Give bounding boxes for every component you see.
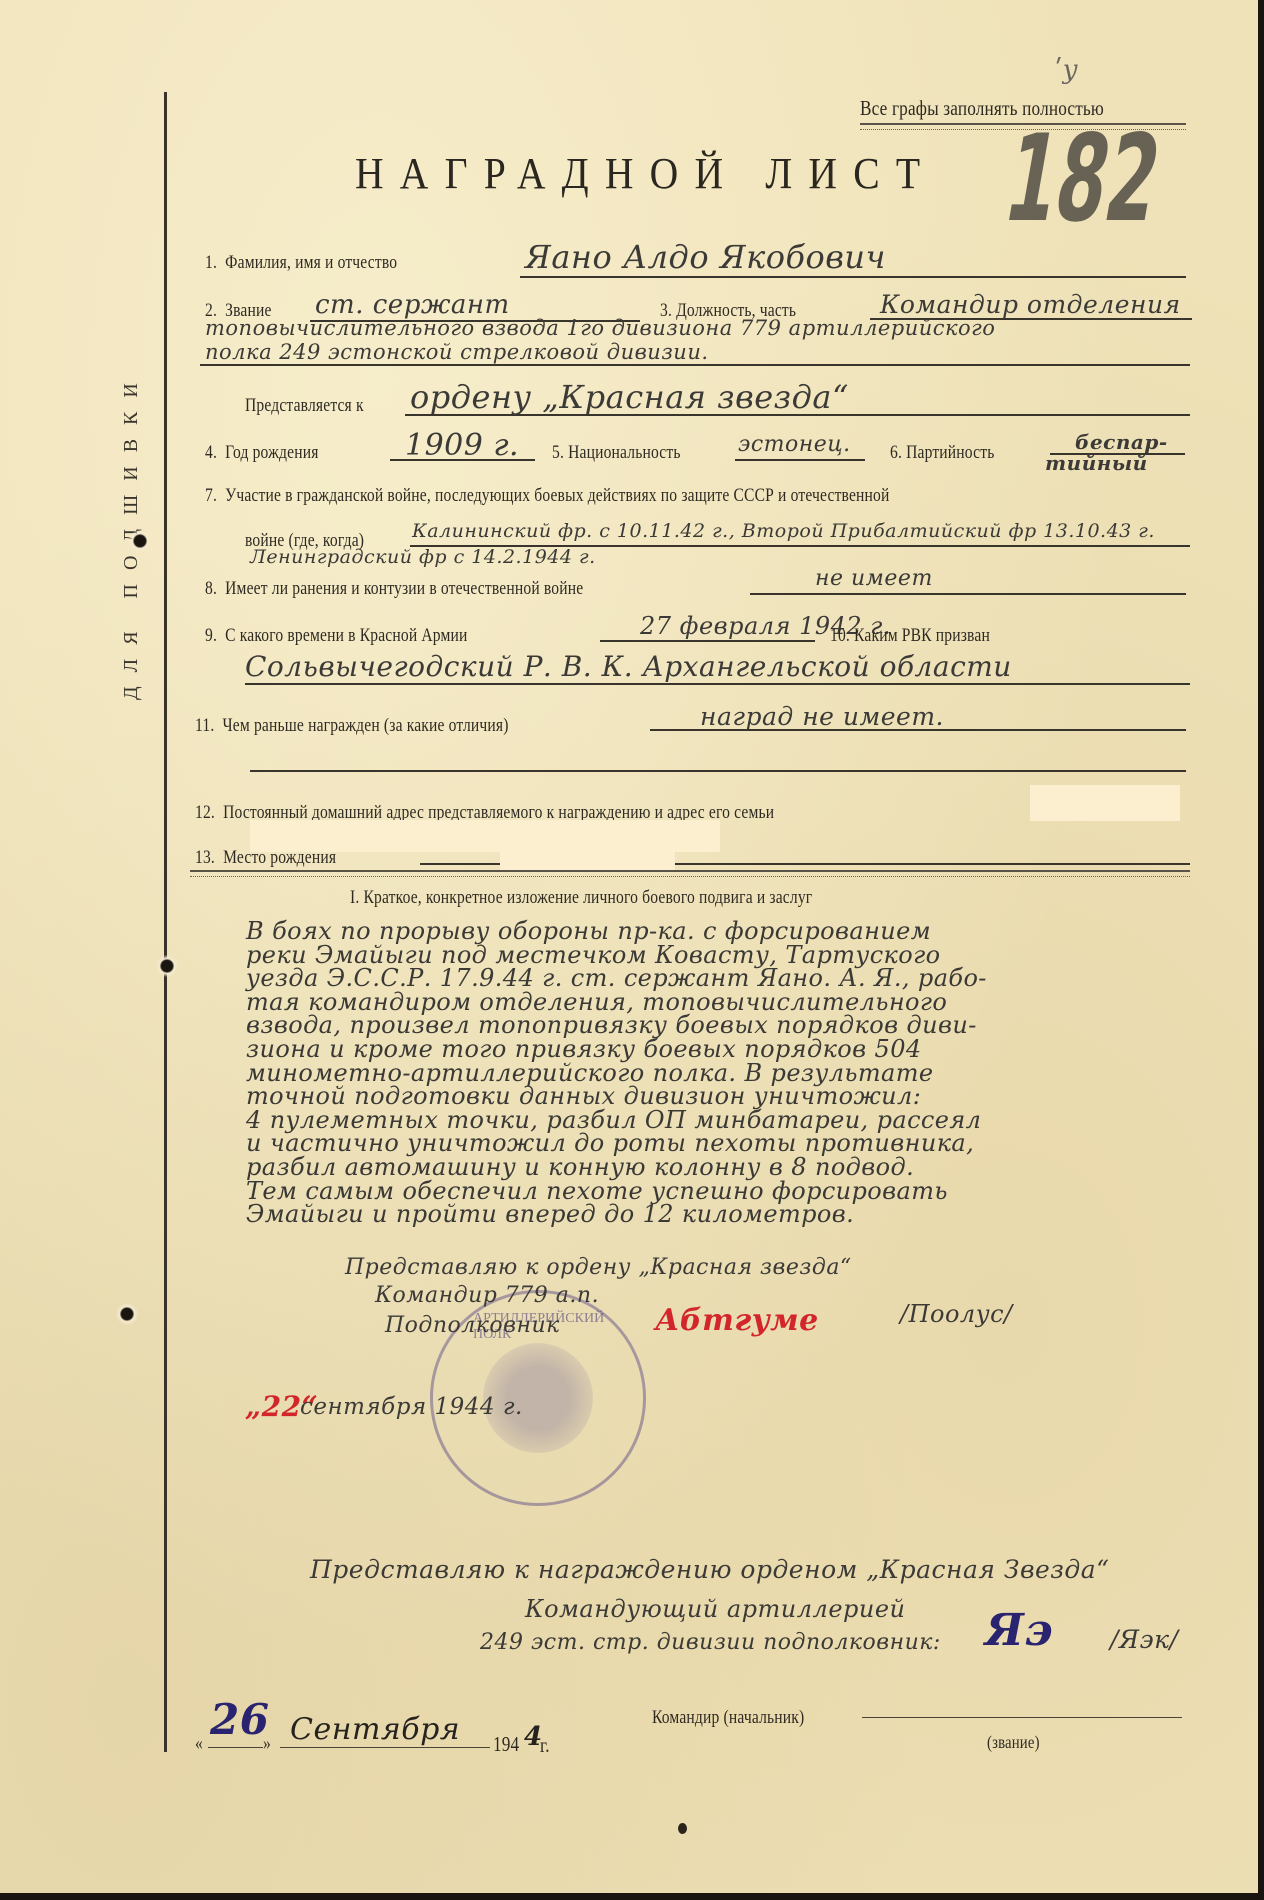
binding-margin-label: ДЛЯ ПОДШИВКИ [120,670,143,700]
field-1-label: 1. Фамилия, имя и отчество [205,252,397,274]
field-11-line [650,729,1186,731]
footer-date-day: 26 [210,1695,269,1744]
nominated-award-value: ордену „Красная звезда“ [410,378,849,416]
rvk-value: Сольвычегодский Р. В. К. Архангельской о… [245,650,1012,683]
field-8-line [750,593,1186,595]
position-value-line1: Командир отделения [880,290,1181,319]
commander-label: Командир (начальник) [652,1707,804,1729]
wounds-value: не имеет [815,566,933,591]
field-11-line-2 [250,770,1186,772]
nationality-value: эстонец. [738,432,851,457]
footer-year-g: г. [540,1733,550,1758]
position-value-line2: топовычислительного взвода 1го дивизиона… [205,316,995,340]
binding-line [164,92,167,1752]
field-4-line [390,459,535,461]
field-9-label: 9. С какого времени в Красной Армии [205,625,468,647]
field-7-label-line1: 7. Участие в гражданской войне, последую… [205,485,890,507]
field-10-line [245,683,1190,685]
field-5-line [735,459,865,461]
footer-date-month: Сентября [290,1712,460,1747]
higher-title-2: 249 эст. стр. дивизии подполковник: [480,1630,941,1655]
date-rest: сентября 1944 г. [300,1394,523,1420]
field-9-line [600,640,815,642]
section-heading: I. Краткое, конкретное изложение личного… [350,887,812,909]
higher-recommendation: Представляю к награждению орденом „Красн… [310,1555,1109,1584]
higher-title-1: Командующий артиллерией [525,1595,906,1623]
award-sheet-paper: ʹy ДЛЯ ПОДШИВКИ Все графы заполнять полн… [0,0,1258,1893]
recommendation-text: Представляю к ордену „Красная звезда“ [345,1255,852,1280]
higher-name: /Яэк/ [1110,1625,1178,1654]
field-3-line-3 [200,364,1190,366]
previous-awards-value: наград не имеет. [700,702,944,731]
section-divider [190,870,1190,877]
footer-year-prefix: 194 [493,1732,519,1757]
field-8-label: 8. Имеет ли ранения и контузии в отечест… [205,578,583,600]
redacted-birthplace [500,840,675,870]
redacted-address [1030,785,1180,821]
field-13-label: 13. Место рождения [195,847,336,869]
narrative-line: разбил автомашину и конную колонну в 8 п… [246,1156,1206,1180]
war-participation-value-line2: Ленинградский фр с 14.2.1944 г. [250,546,596,568]
footer-close-quote: » [263,1733,271,1755]
commander-signature: Абтгуме [655,1303,819,1338]
field-11-label: 11. Чем раньше награжден (за какие отлич… [195,715,509,737]
punch-hole-icon [115,1303,139,1325]
rank-caption: (звание) [987,1732,1040,1753]
nominated-label: Представляется к [245,395,364,417]
archive-number-mark: 182 [995,110,1170,249]
field-4-label: 4. Год рождения [205,442,319,464]
field-10-label: 10. Каким РВК призван [830,625,990,647]
footer-open-quote: « [195,1733,203,1755]
footer-month-line [280,1747,490,1748]
corner-pencil-mark: ʹy [1055,55,1078,85]
party-value-line2: тийный [1045,451,1148,475]
field-6-label: 6. Партийность [890,442,994,464]
higher-signature: Яэ [985,1605,1053,1656]
war-participation-value-line1: Калининский фр. с 10.11.42 г., Второй Пр… [412,520,1155,542]
field-1-line [520,276,1186,278]
narrative-line: Эмайыги и пройти вперед до 12 километров… [246,1203,1206,1227]
commander-line [862,1717,1182,1718]
field-5-label: 5. Национальность [552,442,681,464]
document-title: НАГРАДНОЙ ЛИСТ [355,148,936,199]
footer-day-line [208,1747,263,1748]
punch-hole-icon [128,530,152,552]
birth-year-value: 1909 г. [405,428,519,463]
signer-title-2: Подполковник [385,1313,560,1338]
punch-hole-icon [155,955,179,977]
ink-blot-icon [678,1823,687,1834]
full-name-value: Яано Алдо Якобович [525,238,886,276]
signer-name: /Поолус/ [900,1300,1013,1328]
position-value-line3: полка 249 эстонской стрелковой дивизии. [205,340,709,364]
signer-title-1: Командир 779 а.п. [375,1283,599,1308]
nominated-line [405,414,1190,416]
combat-narrative: В боях по прорыву обороны пр-ка. с форси… [246,920,1206,1227]
